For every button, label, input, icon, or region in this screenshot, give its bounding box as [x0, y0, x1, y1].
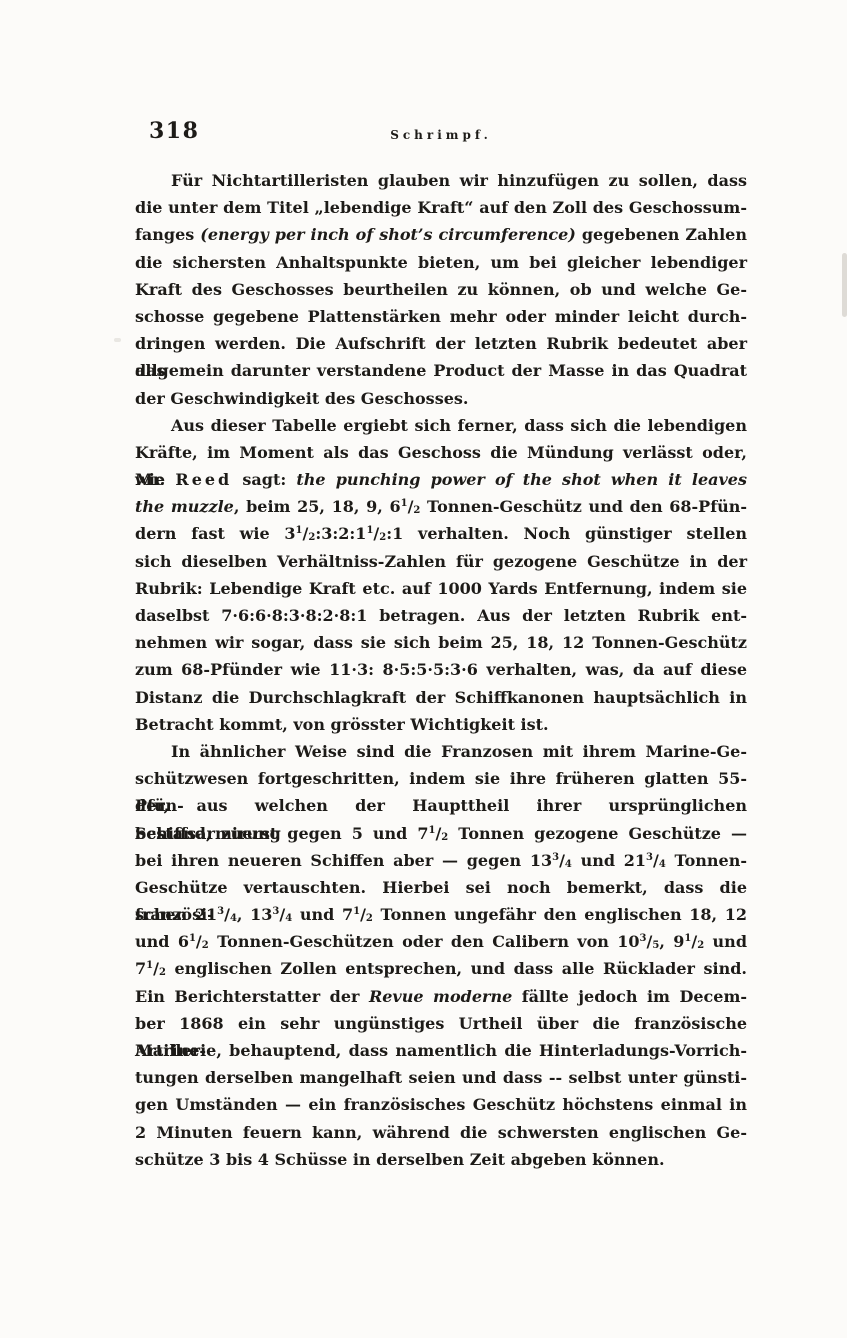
body-text: In ähnlicher Weise sind die Franzosen mi…: [171, 742, 747, 761]
body-text: gegebenen Zahlen: [576, 225, 747, 244]
body-text: , 13: [237, 905, 273, 924]
body-text: und 7: [292, 905, 353, 924]
fraction: 1/2: [296, 524, 316, 543]
text-line: schützwesen fortgeschritten, indem sie i…: [135, 765, 747, 792]
italic-text: the muzzle: [135, 497, 234, 516]
body-text: , beim 25, 18, 9, 6: [234, 497, 401, 516]
fraction: 1/2: [684, 932, 704, 951]
fraction: 1/2: [353, 905, 373, 924]
body-text: Kraft des Geschosses beurtheilen zu könn…: [135, 280, 747, 299]
fraction: 3/4: [552, 851, 572, 870]
body-text: 2 Minuten feuern kann, während die schwe…: [135, 1123, 747, 1142]
body-text: Tonnen gezogene Geschütze —: [448, 824, 747, 843]
text-line: fanges (energy per inch of shot’s circum…: [135, 221, 747, 248]
body-text: Für Nichtartilleristen glauben wir hinzu…: [171, 171, 747, 190]
text-line: schütze 3 bis 4 Schüsse in derselben Zei…: [135, 1146, 747, 1173]
body-text: die unter dem Titel „lebendige Kraft“ au…: [135, 198, 747, 217]
fraction: 3/4: [272, 905, 292, 924]
body-text: gen Umständen — ein französisches Geschü…: [135, 1095, 747, 1114]
text-line: the muzzle, beim 25, 18, 9, 61/2 Tonnen-…: [135, 493, 747, 520]
text-line: und 61/2 Tonnen-Geschützen oder den Cali…: [135, 928, 747, 955]
body-text: und 6: [135, 932, 189, 951]
text-line: Distanz die Durchschlagkraft der Schiffk…: [135, 684, 747, 711]
text-line: schosse gegebene Plattenstärken mehr ode…: [135, 303, 747, 330]
body-text: fällte jedoch im Decem-: [512, 987, 747, 1006]
fraction: 1/2: [366, 524, 386, 543]
body-text: Distanz die Durchschlagkraft der Schiffk…: [135, 688, 747, 707]
text-line: Kräfte, im Moment als das Geschoss die M…: [135, 439, 747, 466]
body-text: englischen Zollen entsprechen, und dass …: [166, 959, 747, 978]
body-text: :3:2:1: [315, 524, 366, 543]
text-line: Für Nichtartilleristen glauben wir hinzu…: [135, 167, 747, 194]
fraction: 1/2: [146, 959, 166, 978]
text-line: gen Umständen — ein französisches Geschü…: [135, 1091, 747, 1118]
running-head: Schrimpf.: [135, 128, 747, 142]
body-text: bei ihren neueren Schiffen aber — gegen …: [135, 851, 552, 870]
body-text: sich dieselben Verhältniss-Zahlen für ge…: [135, 552, 747, 571]
text-block: Für Nichtartilleristen glauben wir hinzu…: [135, 167, 747, 1173]
text-line: 2 Minuten feuern kann, während die schwe…: [135, 1119, 747, 1146]
body-text: Rubrik: Lebendige Kraft etc. auf 1000 Ya…: [135, 579, 747, 598]
italic-text: (energy per inch of shot’s circumference…: [200, 225, 576, 244]
body-text: sagt:: [232, 470, 296, 489]
text-line: In ähnlicher Weise sind die Franzosen mi…: [135, 738, 747, 765]
text-line: dringen werden. Die Aufschrift der letzt…: [135, 330, 747, 357]
text-line: Rubrik: Lebendige Kraft etc. auf 1000 Ya…: [135, 575, 747, 602]
body-text: und: [704, 932, 747, 951]
text-line: bei ihren neueren Schiffen aber — gegen …: [135, 847, 747, 874]
text-line: der, aus welchen der Haupttheil ihrer ur…: [135, 792, 747, 819]
body-text: Ein Berichterstatter der: [135, 987, 369, 1006]
body-text: Aus dieser Tabelle ergiebt sich ferner, …: [171, 416, 747, 435]
fraction: 1/2: [189, 932, 209, 951]
text-line: dern fast wie 31/2:3:2:11/2:1 verhalten.…: [135, 520, 747, 547]
fraction: 3/4: [217, 905, 237, 924]
text-line: nehmen wir sogar, dass sie sich beim 25,…: [135, 629, 747, 656]
body-text: nehmen wir sogar, dass sie sich beim 25,…: [135, 633, 747, 652]
text-line: schen 213/4, 133/4 und 71/2 Tonnen ungef…: [135, 901, 747, 928]
text-line: der Geschwindigkeit des Geschosses.: [135, 385, 747, 412]
body-text: Tonnen-: [666, 851, 747, 870]
body-text: Artillerie, behauptend, dass namentlich …: [135, 1041, 747, 1060]
fraction: 3/5: [640, 932, 660, 951]
text-line: bestand, zuerst gegen 5 und 71/2 Tonnen …: [135, 820, 747, 847]
body-text: :1 verhalten. Noch günstiger stellen: [386, 524, 747, 543]
italic-text: Revue moderne: [369, 987, 512, 1006]
text-line: Mr. Reed sagt: the punching power of the…: [135, 466, 747, 493]
text-line: Betracht kommt, von grösster Wichtigkeit…: [135, 711, 747, 738]
fraction: 1/2: [401, 497, 421, 516]
text-line: Kraft des Geschosses beurtheilen zu könn…: [135, 276, 747, 303]
body-text: allgemein darunter verstandene Product d…: [135, 361, 747, 380]
body-text: tungen derselben mangelhaft seien und da…: [135, 1068, 747, 1087]
body-text: bestand, zuerst gegen 5 und 7: [135, 824, 428, 843]
text-line: allgemein darunter verstandene Product d…: [135, 357, 747, 384]
body-text: Tonnen-Geschützen oder den Calibern von …: [209, 932, 640, 951]
spaced-name-text: Reed: [175, 470, 232, 489]
body-text: schosse gegebene Plattenstärken mehr ode…: [135, 307, 747, 326]
body-text: die sichersten Anhaltspunkte bieten, um …: [135, 253, 747, 272]
text-line: Geschütze vertauschten. Hierbei sei noch…: [135, 874, 747, 901]
body-text: Tonnen ungefähr den englischen 18, 12: [373, 905, 747, 924]
text-line: tungen derselben mangelhaft seien und da…: [135, 1064, 747, 1091]
text-line: zum 68-Pfünder wie 11·3: 8·5:5·5:3·6 ver…: [135, 656, 747, 683]
scan-artifact-left-margin: [114, 338, 121, 342]
body-text: der Geschwindigkeit des Geschosses.: [135, 389, 468, 408]
text-line: Ein Berichterstatter der Revue moderne f…: [135, 983, 747, 1010]
body-text: zum 68-Pfünder wie 11·3: 8·5:5·5:3·6 ver…: [135, 660, 747, 679]
text-line: ber 1868 ein sehr ungünstiges Urtheil üb…: [135, 1010, 747, 1037]
body-text: 7: [135, 959, 146, 978]
body-text: fanges: [135, 225, 200, 244]
body-text: daselbst 7·6:6·8:3·8:2·8:1 betragen. Aus…: [135, 606, 747, 625]
scan-artifact-right-edge: [842, 253, 847, 317]
body-text: , 9: [659, 932, 684, 951]
body-text: Betracht kommt, von grösster Wichtigkeit…: [135, 715, 549, 734]
body-text: schütze 3 bis 4 Schüsse in derselben Zei…: [135, 1150, 665, 1169]
fraction: 3/4: [646, 851, 666, 870]
fraction: 1/2: [428, 824, 448, 843]
body-text: und 21: [572, 851, 646, 870]
text-line: die sichersten Anhaltspunkte bieten, um …: [135, 249, 747, 276]
italic-text: the punching power of the shot when it l…: [296, 470, 747, 489]
body-text: schen 21: [135, 905, 217, 924]
text-line: Aus dieser Tabelle ergiebt sich ferner, …: [135, 412, 747, 439]
text-line: 71/2 englischen Zollen entsprechen, und …: [135, 955, 747, 982]
text-line: die unter dem Titel „lebendige Kraft“ au…: [135, 194, 747, 221]
body-text: Mr.: [135, 470, 175, 489]
body-text: Tonnen-Geschütz und den 68-Pfün-: [420, 497, 747, 516]
text-line: Artillerie, behauptend, dass namentlich …: [135, 1037, 747, 1064]
text-line: daselbst 7·6:6·8:3·8:2·8:1 betragen. Aus…: [135, 602, 747, 629]
body-text: dern fast wie 3: [135, 524, 296, 543]
text-line: sich dieselben Verhältniss-Zahlen für ge…: [135, 548, 747, 575]
scanned-page: 318 Schrimpf. Für Nichtartilleristen gla…: [0, 0, 847, 1338]
